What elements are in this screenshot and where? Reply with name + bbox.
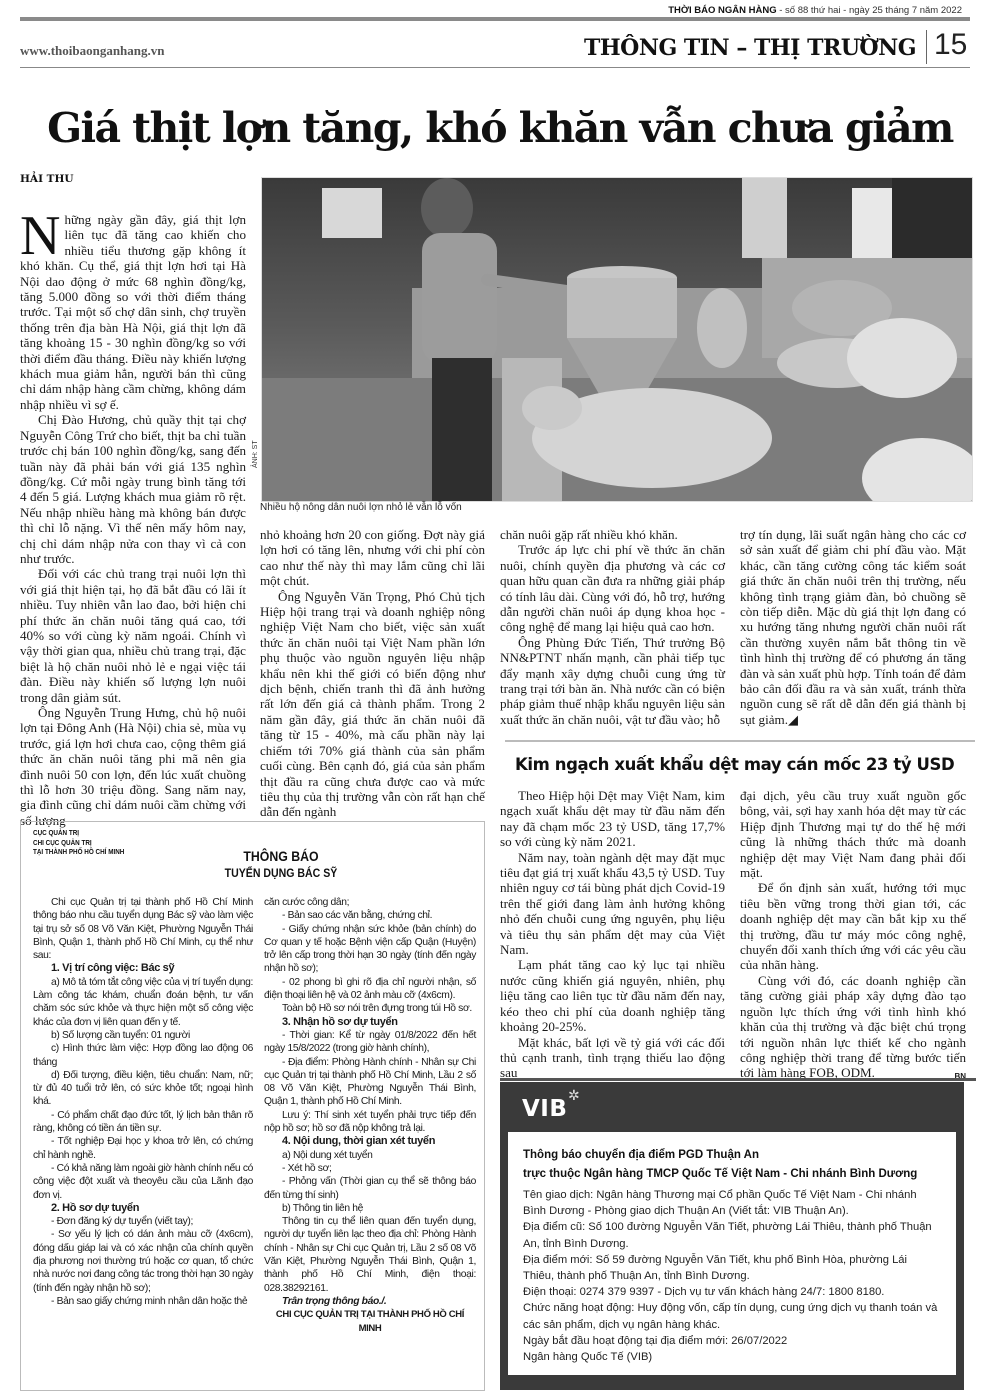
section-title: THÔNG TIN – THỊ TRƯỜNG	[584, 35, 916, 61]
article-column-4: trợ tín dụng, lãi suất ngân hàng cho các…	[740, 527, 966, 727]
notice-paragraph: Lưu ý: Thí sinh xét tuyển phải trực tiếp…	[264, 1109, 476, 1136]
vib-subtitle: trực thuộc Ngân hàng TMCP Quốc Tế Việt N…	[523, 1165, 941, 1184]
notice-paragraph: - Bản sao các văn bằng, chứng chỉ.	[264, 909, 476, 922]
section-divider	[505, 740, 975, 742]
notice-paragraph: - Có khả năng làm ngoài giờ hành chính n…	[33, 1162, 253, 1202]
notice-paragraph: - Có phẩm chất đạo đức tốt, lý lịch bản …	[33, 1109, 253, 1136]
article-paragraph: nhỏ khoảng hơn 20 con giống. Đợt này giá…	[260, 527, 485, 589]
notice-section-heading: 2. Hồ sơ dự tuyển	[33, 1202, 253, 1215]
issue-info: THỜI BÁO NGÂN HÀNG - số 88 thứ hai - ngà…	[668, 5, 962, 16]
article-photo	[261, 177, 973, 502]
article-paragraph: Lạm phát tăng cao kỷ lục tại nhiều nước …	[500, 957, 725, 1034]
top-rule	[20, 17, 970, 21]
notice-paragraph: - Bản sao giấy chứng minh nhân dân hoặc …	[33, 1295, 253, 1308]
page-number-divider	[926, 30, 927, 64]
vib-star-icon: ✲	[568, 1088, 580, 1105]
vib-logo: VIB	[522, 1096, 567, 1122]
article-paragraph: chăn nuôi gặp rất nhiều khó khăn.	[500, 527, 725, 542]
masthead-rule	[20, 67, 970, 68]
article-paragraph: Cùng với đó, các doanh nghiệp cần tăng c…	[740, 973, 966, 1081]
article-paragraph: Năm nay, toàn ngành dệt may đặt mục tiêu…	[500, 850, 725, 958]
page-number: 15	[934, 28, 967, 62]
article-paragraph: Ông Nguyễn Trung Hưng, chủ hộ nuôi lợn t…	[20, 705, 246, 828]
article-paragraph: Để ổn định sản xuất, hướng tới mục tiêu …	[740, 880, 966, 972]
article-paragraph: Những ngày gần đây, giá thịt lợn liên tụ…	[20, 212, 246, 412]
website-url[interactable]: www.thoibaonganhang.vn	[20, 43, 165, 59]
notice-paragraph: Toàn bộ Hồ sơ nói trên đựng trong túi Hồ…	[264, 1002, 476, 1015]
notice-paragraph: - Sơ yếu lý lịch có dán ảnh màu cỡ (4x6c…	[33, 1228, 253, 1294]
article-paragraph: Ông Phùng Đức Tiến, Thứ trưởng Bộ NN&PTN…	[500, 635, 725, 727]
article-headline: Giá thịt lợn tăng, khó khăn vẫn chưa giả…	[0, 104, 1000, 152]
article-paragraph: Theo Hiệp hội Dệt may Việt Nam, kim ngạc…	[500, 788, 725, 850]
notice-paragraph: a) Nội dung xét tuyển	[264, 1149, 476, 1162]
photo-credit: ẢNH: ST	[252, 440, 259, 468]
notice-paragraph: - Tốt nghiệp Đại học y khoa trở lên, có …	[33, 1135, 253, 1162]
article-paragraph: Ông Nguyễn Văn Trọng, Phó Chủ tịch Hiệp …	[260, 589, 485, 820]
recruitment-notice: CỤC QUẢN TRỊ CHI CỤC QUẢN TRỊ TẠI THÀNH …	[20, 821, 485, 1391]
article-paragraph: Trước áp lực chi phí về thức ăn chăn nuô…	[500, 542, 725, 634]
notice-closing: Trân trọng thông báo./.	[264, 1295, 476, 1308]
notice-paragraph: - Giấy chứng nhận sức khỏe (bản chính) d…	[264, 923, 476, 976]
issue-date: - số 88 thứ hai - ngày 25 tháng 7 năm 20…	[777, 5, 962, 16]
vib-details: Tên giao dịch: Ngân hàng Thương mại Cổ p…	[523, 1187, 941, 1365]
notice-paragraph: b) Số lượng cần tuyển: 01 người	[33, 1029, 253, 1042]
section-bottom-rule	[500, 1078, 976, 1081]
notice-paragraph: căn cước công dân;	[264, 896, 476, 909]
notice-paragraph: - 02 phong bì ghi rõ địa chỉ người nhận,…	[264, 976, 476, 1003]
issuing-organization: CỤC QUẢN TRỊ CHI CỤC QUẢN TRỊ TẠI THÀNH …	[33, 828, 124, 857]
notice-paragraph: - Thời gian: Kể từ ngày 01/8/2022 đến hế…	[264, 1029, 476, 1056]
notice-section-heading: 3. Nhận hồ sơ dự tuyển	[264, 1016, 476, 1029]
vib-notice-card: Thông báo chuyển địa điểm PGD Thuận An t…	[508, 1132, 956, 1375]
byline: HẢI THU	[20, 173, 74, 185]
textile-headline: Kim ngạch xuất khẩu dệt may cán mốc 23 t…	[515, 755, 954, 774]
article-paragraph: trợ tín dụng, lãi suất ngân hàng cho các…	[740, 527, 966, 727]
notice-title: THÔNG BÁO	[193, 848, 369, 864]
article-column-3: chăn nuôi gặp rất nhiều khó khăn. Trước …	[500, 527, 725, 727]
article-paragraph: đại dịch, yêu cầu truy xuất nguồn gốc bô…	[740, 788, 966, 880]
notice-paragraph: b) Thông tin liên hệ	[264, 1202, 476, 1215]
notice-subtitle: TUYỂN DỤNG BÁC SỸ	[175, 866, 386, 880]
photo-caption: Nhiều hộ nông dân nuôi lợn nhỏ lẻ vẫn lỗ…	[260, 502, 462, 513]
notice-paragraph: d) Đối tượng, điều kiện, tiêu chuẩn: Nam…	[33, 1069, 253, 1109]
notice-paragraph: Chi cục Quản trị tại thành phố Hồ Chí Mi…	[33, 896, 253, 962]
notice-paragraph: - Phỏng vấn (Thời gian cụ thể sẽ thông b…	[264, 1175, 476, 1202]
notice-paragraph: c) Hình thức làm việc: Hợp đồng lao động…	[33, 1042, 253, 1069]
notice-paragraph: a) Mô tả tóm tắt công việc của vị trí tu…	[33, 976, 253, 1029]
textile-column-2: đại dịch, yêu cầu truy xuất nguồn gốc bô…	[740, 788, 966, 1085]
article-paragraph: Đối với các chủ trang trại nuôi lợn thì …	[20, 566, 246, 705]
notice-column-2: căn cước công dân;- Bản sao các văn bằng…	[264, 896, 476, 1335]
notice-section-heading: 1. Vị trí công việc: Bác sỹ	[33, 962, 253, 975]
vib-phone: Điện thoại: 0274 379 9397 - Dịch vụ tư v…	[523, 1284, 941, 1300]
notice-paragraph: - Xét hồ sơ;	[264, 1162, 476, 1175]
publication-name: THỜI BÁO NGÂN HÀNG	[668, 5, 776, 16]
article-column-1: Những ngày gần đây, giá thịt lợn liên tụ…	[20, 212, 246, 828]
pig-farm-photo-icon	[262, 178, 973, 502]
notice-paragraph: - Địa điểm: Phòng Hành chính - Nhân sự C…	[264, 1056, 476, 1109]
notice-column-1: Chi cục Quản trị tại thành phố Hồ Chí Mi…	[33, 896, 253, 1308]
vib-title: Thông báo chuyển địa điểm PGD Thuận An	[523, 1146, 941, 1165]
notice-paragraph: - Đơn đăng ký dự tuyển (viết tay);	[33, 1215, 253, 1228]
notice-signatory: CHI CỤC QUẢN TRỊ TẠI THÀNH PHỐ HỒ CHÍ MI…	[264, 1308, 476, 1335]
article-column-2: nhỏ khoảng hơn 20 con giống. Đợt này giá…	[260, 527, 485, 820]
article-paragraph: Mặt khác, bất lợi về tỷ giá với các đối …	[500, 1035, 725, 1081]
notice-paragraph: Thông tin cụ thể liên quan đến tuyển dụn…	[264, 1215, 476, 1295]
drop-cap: N	[20, 214, 60, 258]
notice-section-heading: 4. Nội dung, thời gian xét tuyển	[264, 1135, 476, 1148]
textile-column-1: Theo Hiệp hội Dệt may Việt Nam, kim ngạc…	[500, 788, 725, 1081]
article-paragraph: Chị Đào Hương, chủ quầy thịt tại chợ Ngu…	[20, 412, 246, 566]
vib-advertisement: VIB ✲ Thông báo chuyển địa điểm PGD Thuậ…	[500, 1082, 964, 1390]
